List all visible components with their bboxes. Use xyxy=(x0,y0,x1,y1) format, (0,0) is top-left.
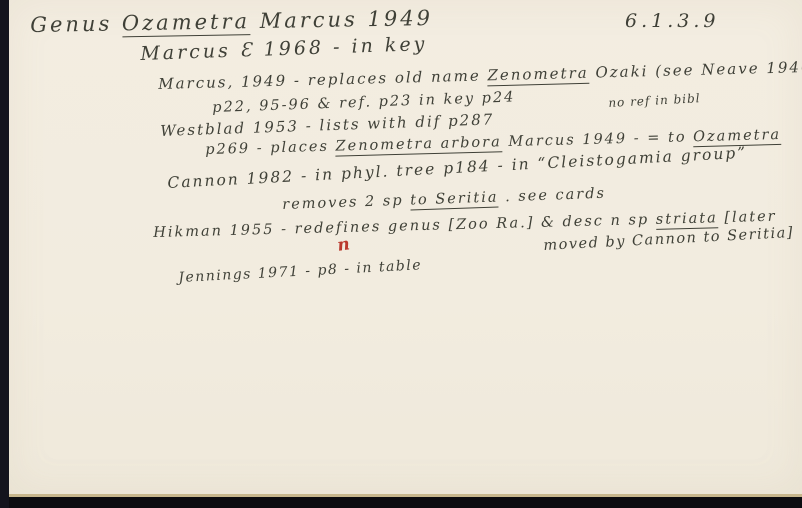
scanned-card-photo: 6.1.3.9 Genus Ozametra Marcus 1949Marcus… xyxy=(0,0,802,508)
handwritten-text: p269 - places xyxy=(205,139,336,158)
underlined-text: striata xyxy=(656,210,718,230)
red-ink-text: n xyxy=(336,234,351,256)
handwritten-text: Marcus 1949 xyxy=(250,6,433,33)
scan-edge-left xyxy=(0,0,9,508)
handwritten-text: Genus xyxy=(30,11,122,37)
underlined-text: to Seritia xyxy=(410,189,499,210)
handwritten-text: [later xyxy=(718,209,777,227)
catalog-number: 6.1.3.9 xyxy=(625,10,719,32)
underlined-text: Zenometra xyxy=(487,64,589,87)
underlined-text: Ozametra xyxy=(122,9,251,37)
red-insertion-mark: n xyxy=(336,234,351,256)
